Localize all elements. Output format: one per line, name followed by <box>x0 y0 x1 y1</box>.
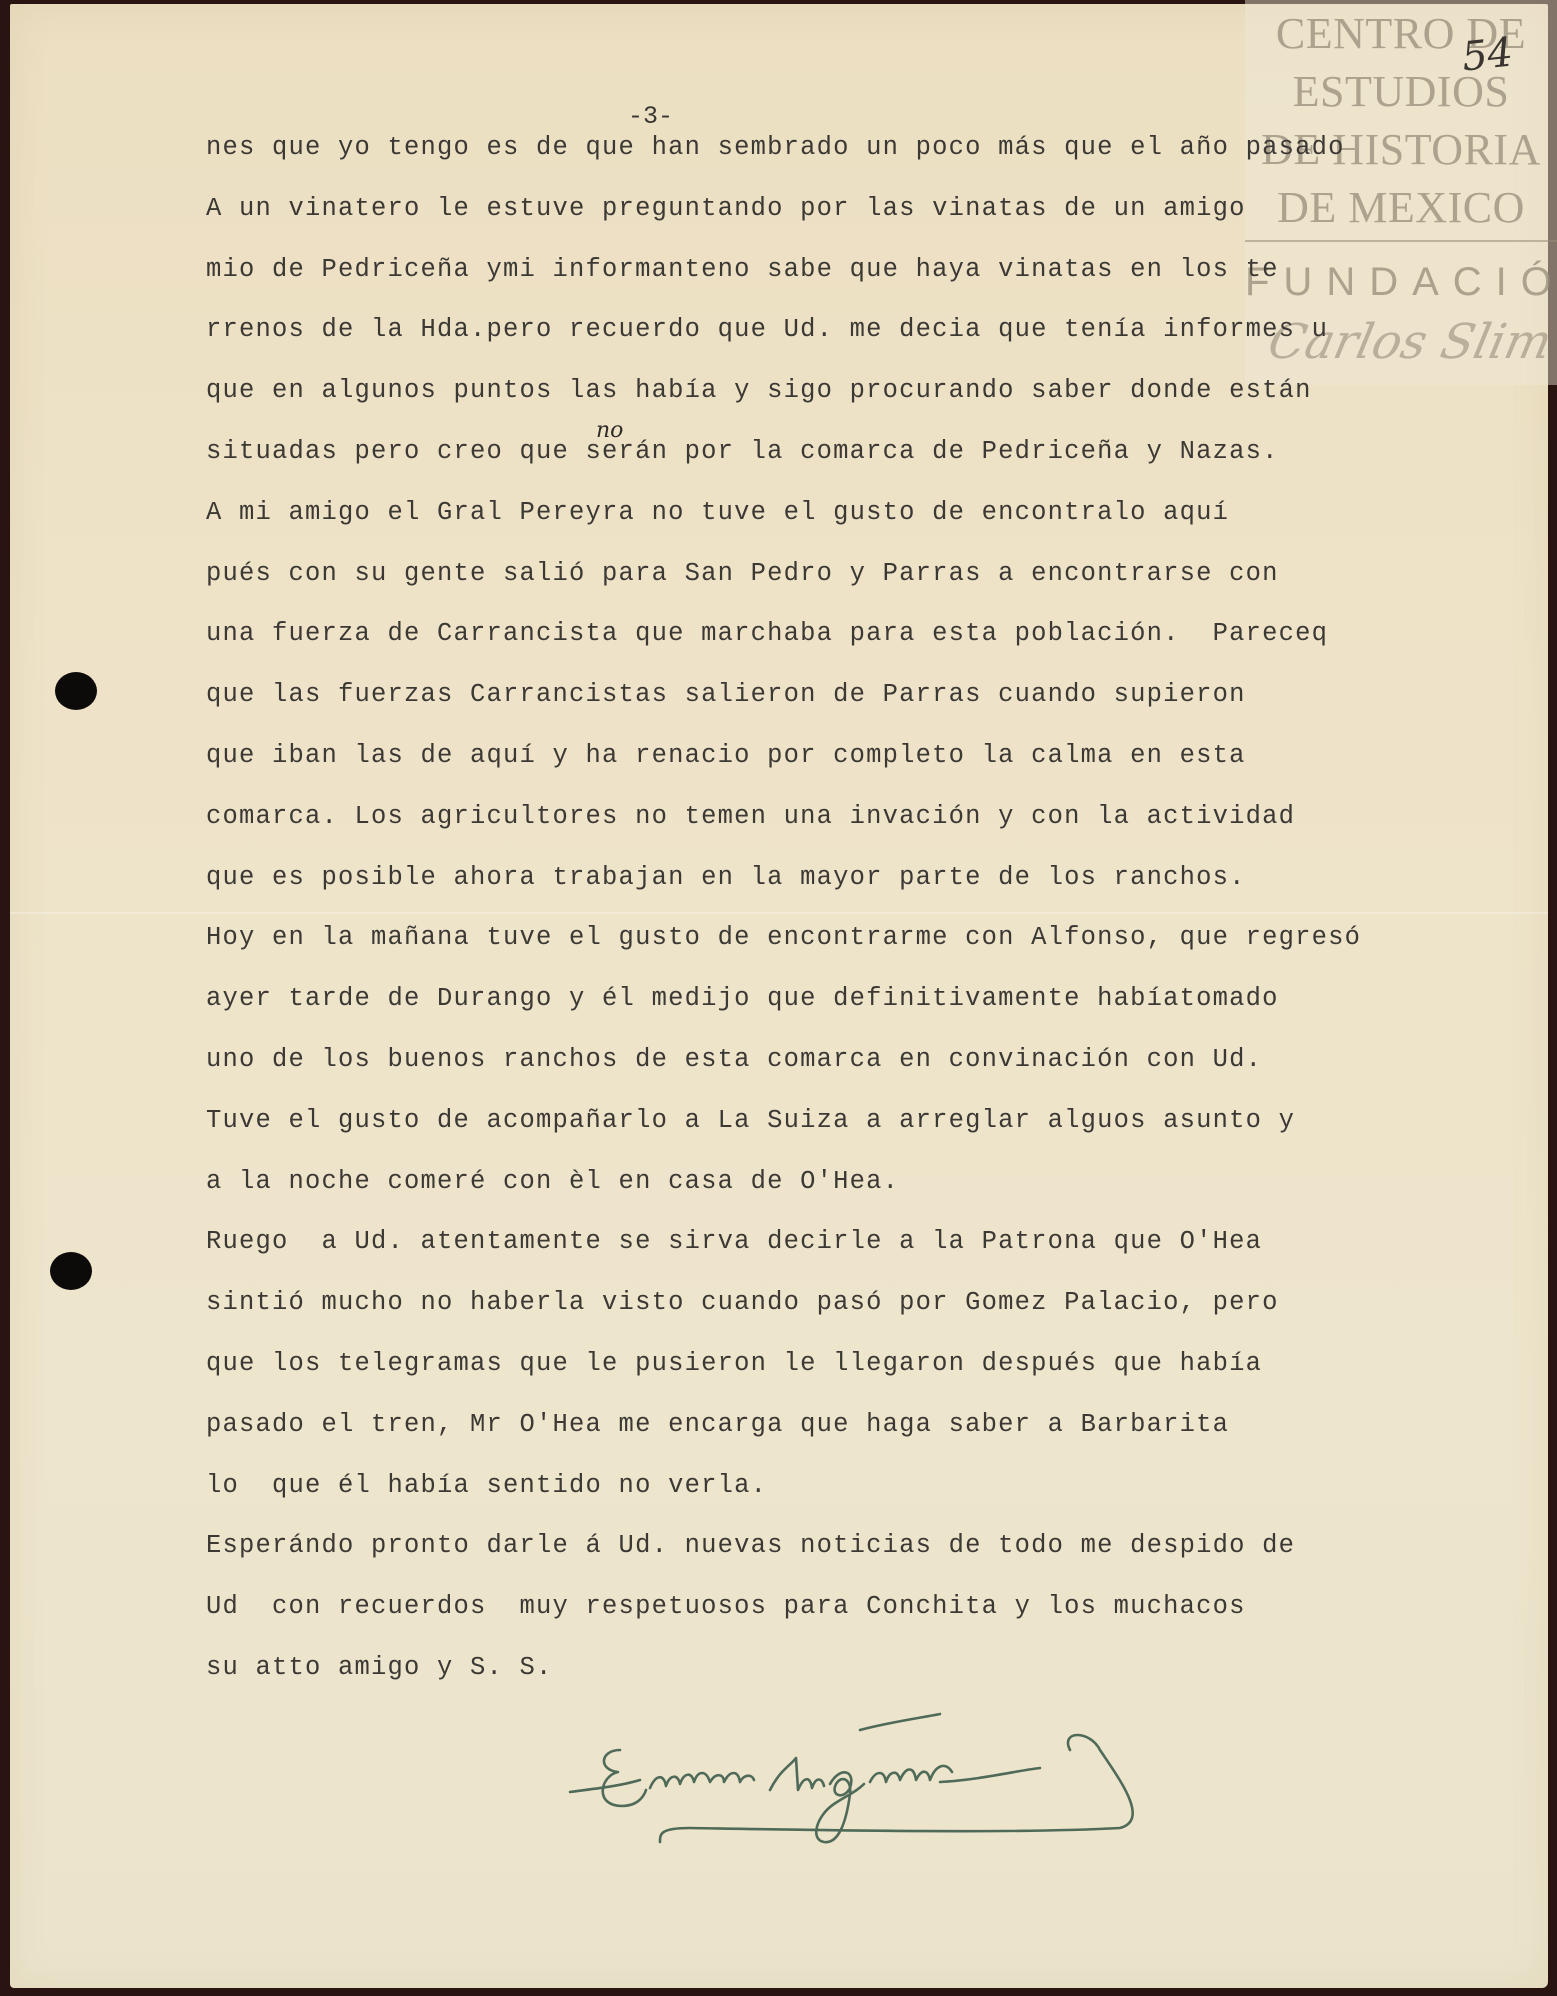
text-line: Ruego a Ud. atentamente se sirva decirle… <box>206 1222 1506 1283</box>
text-line: que iban las de aquí y ha renacio por co… <box>206 736 1506 797</box>
text-line: mio de Pedriceña ymi informanteno sabe q… <box>206 250 1506 311</box>
text-line: que es posible ahora trabajan en la mayo… <box>206 858 1506 919</box>
text-line: Tuve el gusto de acompañarlo a La Suiza … <box>206 1101 1506 1162</box>
text-line: Hoy en la mañana tuve el gusto de encont… <box>206 918 1506 979</box>
typed-page-marker: -3- <box>628 102 673 131</box>
text-line: ayer tarde de Durango y él medijo que de… <box>206 979 1506 1040</box>
text-line: a la noche comeré con èl en casa de O'He… <box>206 1162 1506 1223</box>
text-line: pués con su gente salió para San Pedro y… <box>206 554 1506 615</box>
text-line: su atto amigo y S. S. <box>206 1648 1506 1709</box>
text-line: rrenos de la Hda.pero recuerdo que Ud. m… <box>206 310 1506 371</box>
text-line: comarca. Los agricultores no temen una i… <box>206 797 1506 858</box>
scan-background: CENTRO DE ESTUDIOS DE HISTORIA DE MEXICO… <box>0 0 1557 1996</box>
text-line: que en algunos puntos las había y sigo p… <box>206 371 1506 432</box>
text-line: nes que yo tengo es de que han sembrado … <box>206 128 1506 189</box>
handwritten-signature <box>560 1710 1180 1850</box>
handwritten-page-number: 54 <box>1460 29 1515 80</box>
text-line: pasado el tren, Mr O'Hea me encarga que … <box>206 1405 1506 1466</box>
letter-body: nes que yo tengo es de que han sembrado … <box>206 128 1506 1709</box>
signature-icon <box>560 1710 1180 1850</box>
text-line: A mi amigo el Gral Pereyra no tuve el gu… <box>206 493 1506 554</box>
text-line: uno de los buenos ranchos de esta comarc… <box>206 1040 1506 1101</box>
text-line: situadas pero creo que serán por la coma… <box>206 432 1506 493</box>
text-line: que los telegramas que le pusieron le ll… <box>206 1344 1506 1405</box>
punch-hole-icon <box>55 672 97 710</box>
text-line: que las fuerzas Carrancistas salieron de… <box>206 675 1506 736</box>
text-line: Esperándo pronto darle á Ud. nuevas noti… <box>206 1526 1506 1587</box>
text-line: sintió mucho no haberla visto cuando pas… <box>206 1283 1506 1344</box>
text-line: A un vinatero le estuve preguntando por … <box>206 189 1506 250</box>
text-line: Ud con recuerdos muy respetuosos para Co… <box>206 1587 1506 1648</box>
text-line: una fuerza de Carrancista que marchaba p… <box>206 614 1506 675</box>
text-line: lo que él había sentido no verla. <box>206 1466 1506 1527</box>
punch-hole-icon <box>50 1252 92 1290</box>
